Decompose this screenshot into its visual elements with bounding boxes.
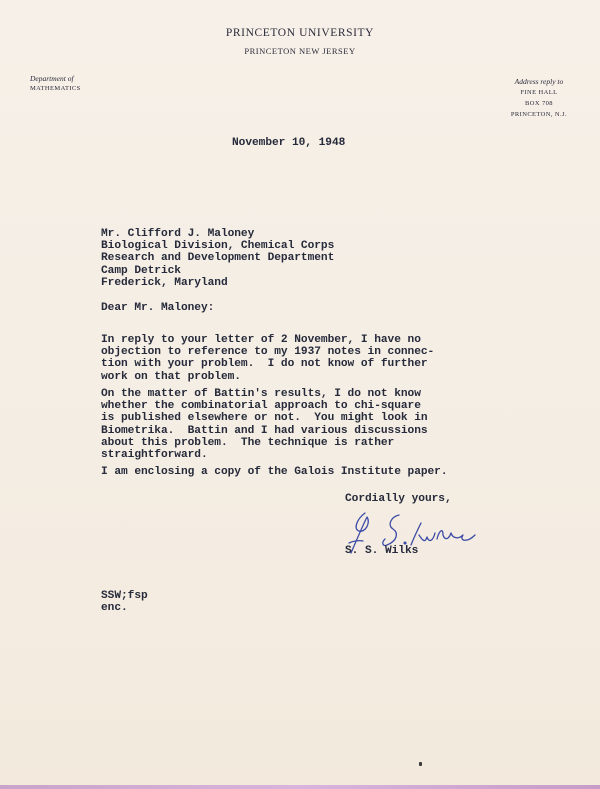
letter-date: November 10, 1948 — [232, 137, 345, 149]
recipient-address: Mr. Clifford J. MaloneyBiological Divisi… — [101, 228, 334, 289]
body-paragraph: I am enclosing a copy of the Galois Inst… — [101, 466, 448, 478]
address-line: Research and Development Department — [101, 252, 334, 264]
closing: Cordially yours, — [345, 493, 452, 505]
address-line: Biological Division, Chemical Corps — [101, 240, 334, 252]
address-line: Camp Detrick — [101, 265, 334, 277]
department-name: MATHEMATICS — [30, 85, 81, 92]
letterhead-location: PRINCETON NEW JERSEY — [0, 46, 600, 56]
reply-line: BOX 708 — [511, 98, 567, 109]
reply-line: PRINCETON, N.J. — [511, 109, 567, 120]
address-line: Frederick, Maryland — [101, 277, 334, 289]
reference-initials: SSW;fsp — [101, 590, 148, 602]
reply-label: Address reply to — [511, 76, 567, 87]
letter-page: PRINCETON UNIVERSITY PRINCETON NEW JERSE… — [0, 0, 600, 789]
paper-speck — [419, 762, 422, 766]
enclosure-note: enc. — [101, 602, 148, 614]
reference-block: SSW;fspenc. — [101, 590, 148, 614]
reply-line: FINE HALL — [511, 87, 567, 98]
page-edge — [0, 785, 600, 789]
department-block: Department of MATHEMATICS — [30, 74, 81, 92]
salutation: Dear Mr. Maloney: — [101, 302, 214, 314]
letterhead-institution: PRINCETON UNIVERSITY — [0, 27, 600, 39]
address-line: Mr. Clifford J. Maloney — [101, 228, 334, 240]
body-paragraph: On the matter of Battin's results, I do … — [101, 388, 428, 461]
body-paragraph: In reply to your letter of 2 November, I… — [101, 334, 434, 383]
signature-name: S. S. Wilks — [345, 545, 418, 557]
department-label: Department of — [30, 74, 81, 83]
reply-address-block: Address reply to FINE HALL BOX 708 PRINC… — [511, 76, 567, 120]
